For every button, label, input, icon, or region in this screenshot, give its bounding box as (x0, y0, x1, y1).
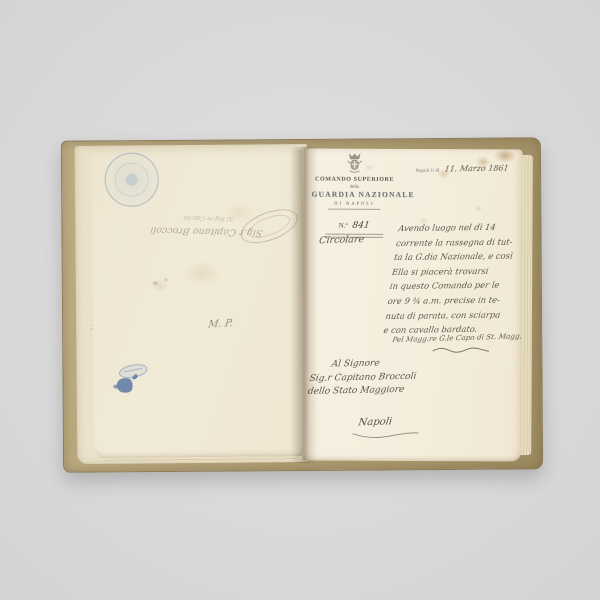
address-city: Napoli (358, 416, 393, 428)
number-label: N.º (339, 222, 348, 230)
body-line: ta la G.dia Nazionale, e così (393, 249, 525, 265)
printed-letterhead: COMANDO SUPERIORE della GUARDIA NAZIONAL… (311, 153, 397, 238)
body-line: nuta di parata, con sciarpa (385, 307, 517, 323)
blue-circular-stamp-icon (95, 143, 168, 216)
city-flourish (350, 430, 420, 442)
letterhead-line4: DI NAPOLI (311, 201, 397, 206)
letterhead-line3: GUARDIA NAZIONALE (311, 190, 397, 199)
ink-blot (115, 376, 134, 394)
letter-body: Avendo luogo nel dì 14 corrente la rasse… (382, 219, 529, 337)
document-number: N.º 841 (311, 213, 397, 232)
letterhead-line1: COMANDO SUPERIORE (312, 177, 398, 183)
doc-type-label: Circolare (318, 234, 365, 246)
dateline-handwritten: 11. Marzo 1861 (444, 164, 509, 174)
address-line: dello Stato Maggiore (307, 384, 416, 400)
dateline-printed: Napoli li dì (415, 168, 439, 173)
embossed-oval-stamp-icon (236, 203, 302, 250)
address-block: Al Signore Sig.r Capitano Broccoli dello… (307, 357, 419, 400)
number-value: 841 (352, 221, 371, 231)
signature-flourish (431, 345, 491, 355)
letterhead-line2: della (312, 184, 398, 189)
right-page: Napoli li dì 11. Marzo 1861 COMANDO SUPE… (302, 149, 522, 462)
dateline: Napoli li dì 11. Marzo 1861 (415, 156, 508, 176)
letterhead-rule (328, 209, 380, 210)
coat-of-arms-icon (346, 153, 364, 175)
left-page: Sig.r Capitano Broccoli Al Sig.re Cap.no… (90, 150, 305, 458)
handwritten-initials: M. P. (207, 318, 233, 331)
